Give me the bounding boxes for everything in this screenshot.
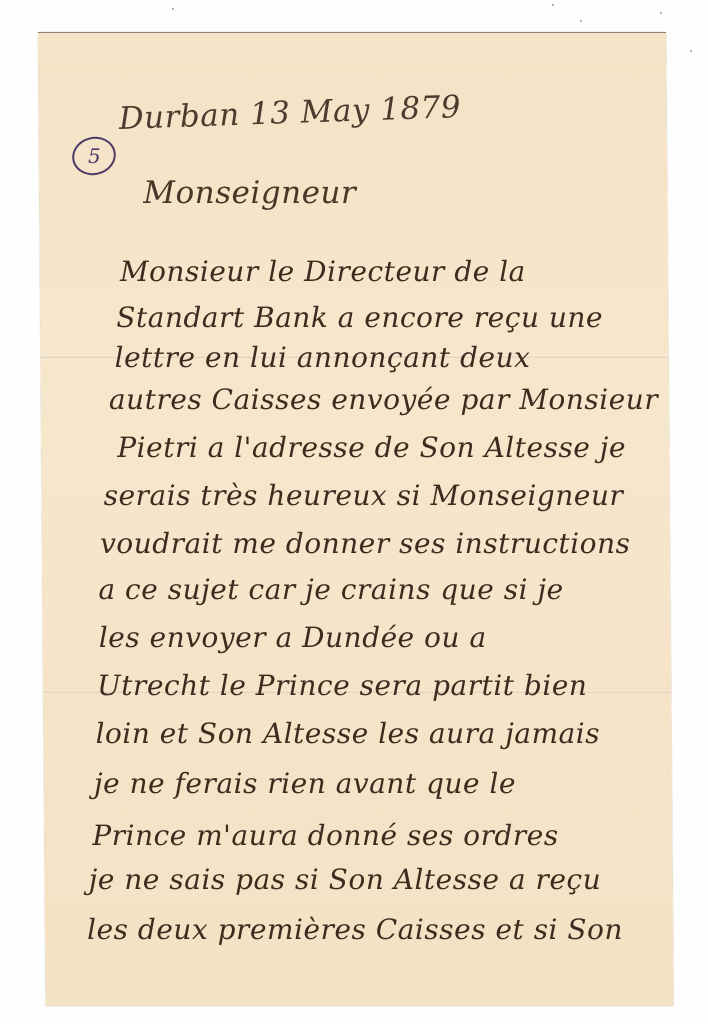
dust-speck <box>552 4 554 6</box>
scanned-letter: 5 Durban 13 May 1879 Monseigneur Monsieu… <box>0 0 708 1024</box>
letter-line: voudrait me donner ses instructions <box>100 527 631 560</box>
letter-line: je ne sais pas si Son Altesse a reçu <box>89 863 602 896</box>
letter-line: a ce sujet car je crains que si je <box>98 573 564 606</box>
dust-speck <box>660 12 662 14</box>
letter-line: Prince m'aura donné ses ordres <box>92 819 559 852</box>
dust-speck <box>580 20 582 22</box>
dust-speck <box>172 8 174 10</box>
letter-line: lettre en lui annonçant deux <box>114 341 530 374</box>
salutation: Monseigneur <box>143 175 356 211</box>
dateline: Durban 13 May 1879 <box>118 89 462 137</box>
letter-line: les deux premières Caisses et si Son <box>87 913 623 946</box>
letter-line: serais très heureux si Monseigneur <box>104 479 624 512</box>
letter-line: autres Caisses envoyée par Monsieur <box>109 383 659 416</box>
letter-line: Standart Bank a encore reçu une <box>116 301 603 334</box>
letter-line: les envoyer a Dundée ou a <box>99 621 487 654</box>
letter-line: Monsieur le Directeur de la <box>120 255 526 288</box>
letter-line: Pietri a l'adresse de Son Altesse je <box>117 431 626 464</box>
letter-line: Utrecht le Prince sera partit bien <box>97 669 587 702</box>
folio-number: 5 <box>88 144 101 168</box>
letter-line: je ne ferais rien avant que le <box>94 767 516 800</box>
letter-paper: 5 Durban 13 May 1879 Monseigneur Monsieu… <box>38 32 674 1006</box>
letter-line: loin et Son Altesse les aura jamais <box>95 717 600 750</box>
folio-number-mark: 5 <box>68 132 120 180</box>
dust-speck <box>690 50 692 52</box>
